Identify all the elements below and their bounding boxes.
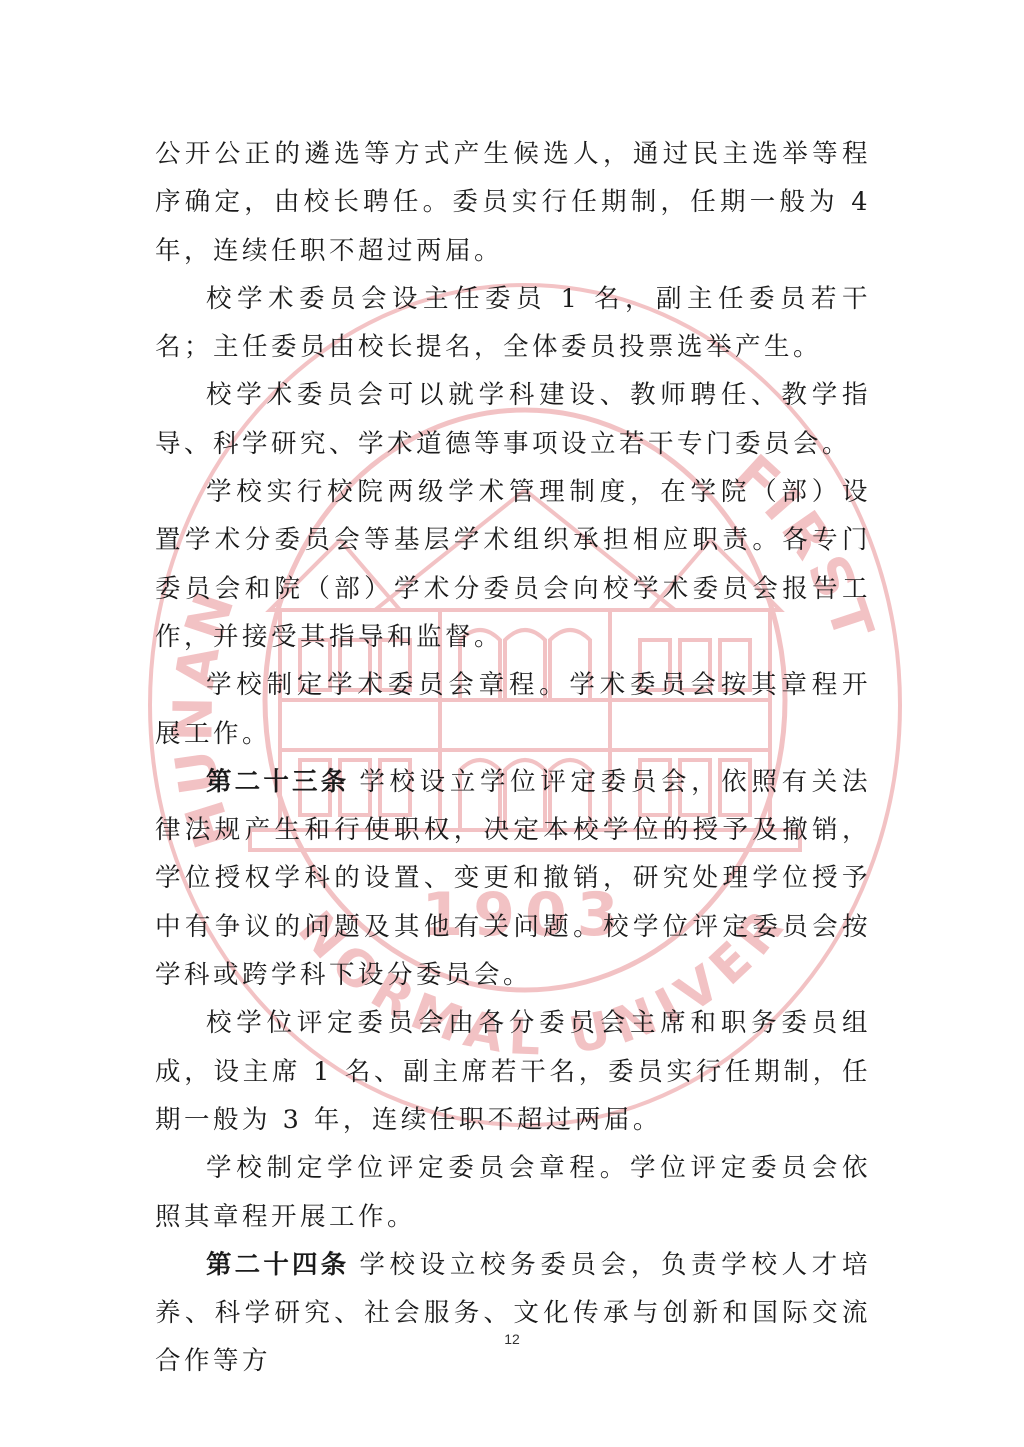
document-body: 公开公正的遴选等方式产生候选人，通过民主选举等程序确定，由校长聘任。委员实行任期… [155, 130, 871, 1386]
paragraph: 学校制定学位评定委员会章程。学位评定委员会依照其章程开展工作。 [155, 1144, 871, 1241]
article-number: 第二十三条 [206, 767, 349, 797]
paragraph-text: 学校设立学位评定委员会，依照有关法律法规产生和行使职权，决定本校学位的授予及撤销… [155, 767, 871, 990]
page-number: 12 [0, 1331, 1024, 1347]
paragraph: 公开公正的遴选等方式产生候选人，通过民主选举等程序确定，由校长聘任。委员实行任期… [155, 130, 871, 275]
article-24: 第二十四条学校设立校务委员会，负责学校人才培养、科学研究、社会服务、文化传承与创… [155, 1241, 871, 1386]
paragraph-text: 学校实行校院两级学术管理制度，在学院（部）设置学术分委员会等基层学术组织承担相应… [155, 477, 871, 652]
paragraph: 学校制定学术委员会章程。学术委员会按其章程开展工作。 [155, 661, 871, 758]
document-page: HUNAN FIRST NORMAL UNIVERSITY 1903 公开公正的… [0, 0, 1024, 1447]
article-23: 第二十三条学校设立学位评定委员会，依照有关法律法规产生和行使职权，决定本校学位的… [155, 758, 871, 999]
paragraph-text: 校学位评定委员会由各分委员会主席和职务委员组成，设主席 1 名、副主席若干名，委… [155, 1008, 871, 1135]
article-number: 第二十四条 [206, 1250, 349, 1280]
paragraph-text: 学校制定学术委员会章程。学术委员会按其章程开展工作。 [155, 670, 871, 748]
paragraph-text: 公开公正的遴选等方式产生候选人，通过民主选举等程序确定，由校长聘任。委员实行任期… [155, 139, 871, 266]
paragraph: 校学术委员会可以就学科建设、教师聘任、教学指导、科学研究、学术道德等事项设立若干… [155, 371, 871, 468]
paragraph: 学校实行校院两级学术管理制度，在学院（部）设置学术分委员会等基层学术组织承担相应… [155, 468, 871, 661]
paragraph: 校学术委员会设主任委员 1 名，副主任委员若干名；主任委员由校长提名，全体委员投… [155, 275, 871, 372]
paragraph: 校学位评定委员会由各分委员会主席和职务委员组成，设主席 1 名、副主席若干名，委… [155, 999, 871, 1144]
paragraph-text: 校学术委员会可以就学科建设、教师聘任、教学指导、科学研究、学术道德等事项设立若干… [155, 380, 871, 458]
paragraph-text: 学校制定学位评定委员会章程。学位评定委员会依照其章程开展工作。 [155, 1153, 871, 1231]
paragraph-text: 校学术委员会设主任委员 1 名，副主任委员若干名；主任委员由校长提名，全体委员投… [155, 284, 871, 362]
